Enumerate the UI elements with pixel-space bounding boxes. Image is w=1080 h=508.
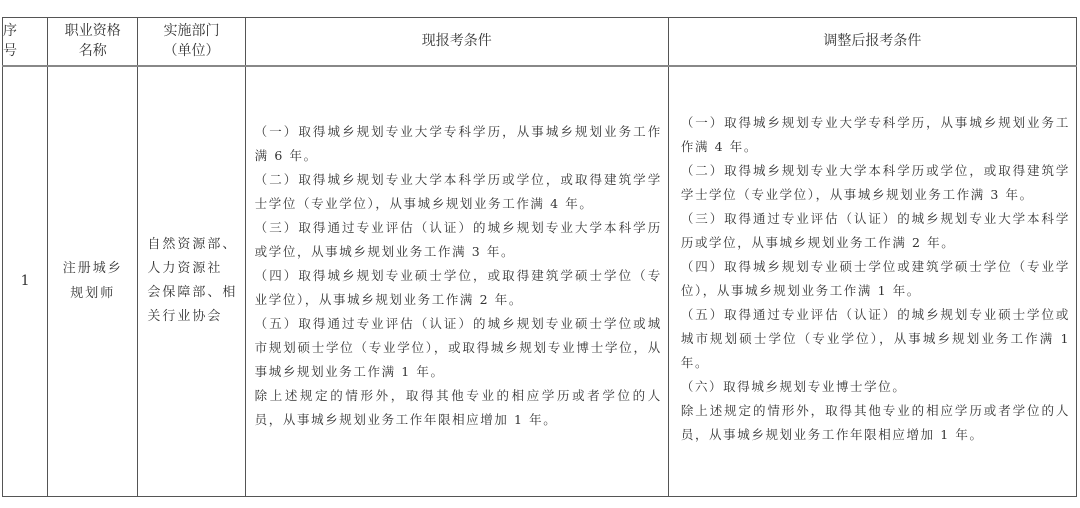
header-serial-line-1: 序 xyxy=(3,21,47,41)
dept-line: 人力资源社 xyxy=(147,257,240,281)
header-name-line-1: 职业资格 xyxy=(48,21,137,41)
dept-line: 会保障部、相 xyxy=(147,281,240,305)
dept-line: 关行业协会 xyxy=(147,305,240,329)
header-name-line-2: 名称 xyxy=(48,41,137,61)
table-header-row: 序 号 职业资格 名称 实施部门 （单位） 现报考条件 调整后报考条件 xyxy=(3,18,1077,66)
header-serial-line-2: 号 xyxy=(3,41,47,61)
cell-department: 自然资源部、 人力资源社 会保障部、相 关行业协会 xyxy=(138,66,245,497)
header-current-conditions: 现报考条件 xyxy=(245,18,668,66)
current-condition-2: （二）取得城乡规划专业大学本科学历或学位，或取得建筑学学士学位（专业学位），从事… xyxy=(255,168,662,216)
adjusted-condition-note: 除上述规定的情形外，取得其他专业的相应学历或者学位的人员，从事城乡规划业务工作年… xyxy=(681,399,1070,447)
current-condition-1: （一）取得城乡规划专业大学专科学历，从事城乡规划业务工作满 6 年。 xyxy=(255,120,662,168)
header-adjusted-conditions: 调整后报考条件 xyxy=(668,18,1076,66)
header-dept-line-2: （单位） xyxy=(138,41,244,61)
adjusted-condition-5: （五）取得通过专业评估（认证）的城乡规划专业硕士学位或城市规划硕士学位（专业学位… xyxy=(681,303,1070,375)
header-serial-number: 序 号 xyxy=(3,18,48,66)
name-line: 规划师 xyxy=(56,281,129,306)
header-qualification-name: 职业资格 名称 xyxy=(48,18,138,66)
adjusted-condition-2: （二）取得城乡规划专业大学本科学历或学位，或取得建筑学学士学位（专业学位），从事… xyxy=(681,159,1070,207)
name-line: 注册城乡 xyxy=(56,256,129,281)
current-condition-3: （三）取得通过专业评估（认证）的城乡规划专业大学本科学历或学位，从事城乡规划业务… xyxy=(255,216,662,264)
cell-qualification-name: 注册城乡 规划师 xyxy=(48,66,138,497)
exam-conditions-table: 序 号 职业资格 名称 实施部门 （单位） 现报考条件 调整后报考条件 1 注册… xyxy=(2,17,1077,497)
adjusted-condition-1: （一）取得城乡规划专业大学专科学历，从事城乡规划业务工作满 4 年。 xyxy=(681,111,1070,159)
cell-adjusted-conditions: （一）取得城乡规划专业大学专科学历，从事城乡规划业务工作满 4 年。 （二）取得… xyxy=(668,66,1076,497)
dept-line: 自然资源部、 xyxy=(147,233,240,257)
table-row: 1 注册城乡 规划师 自然资源部、 人力资源社 会保障部、相 关行业协会 （一）… xyxy=(3,66,1077,497)
header-department: 实施部门 （单位） xyxy=(138,18,245,66)
current-condition-4: （四）取得城乡规划专业硕士学位，或取得建筑学硕士学位（专业学位），从事城乡规划业… xyxy=(255,264,662,312)
current-condition-note: 除上述规定的情形外，取得其他专业的相应学历或者学位的人员，从事城乡规划业务工作年… xyxy=(255,384,662,432)
cell-current-conditions: （一）取得城乡规划专业大学专科学历，从事城乡规划业务工作满 6 年。 （二）取得… xyxy=(245,66,668,497)
header-dept-line-1: 实施部门 xyxy=(138,21,244,41)
adjusted-condition-6: （六）取得城乡规划专业博士学位。 xyxy=(681,375,1070,399)
adjusted-condition-3: （三）取得通过专业评估（认证）的城乡规划专业大学本科学历或学位，从事城乡规划业务… xyxy=(681,207,1070,255)
cell-serial-number: 1 xyxy=(3,66,48,497)
current-condition-5: （五）取得通过专业评估（认证）的城乡规划专业硕士学位或城市规划硕士学位（专业学位… xyxy=(255,312,662,384)
adjusted-condition-4: （四）取得城乡规划专业硕士学位或建筑学硕士学位（专业学位），从事城乡规划业务工作… xyxy=(681,255,1070,303)
